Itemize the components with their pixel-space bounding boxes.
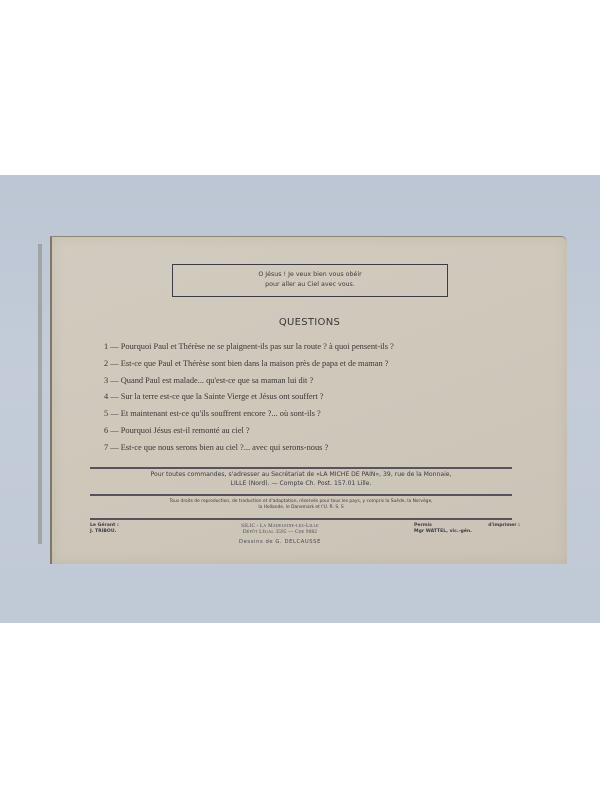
illustrations-credit: Dessins de G. DELCAUSSE <box>195 538 365 546</box>
questions-heading: QUESTIONS <box>52 317 567 328</box>
imprimatur-name: Mgr WATTEL, vic.-gén. <box>414 529 520 535</box>
question-item: 3 — Quand Paul est malade... qu'est-ce q… <box>104 373 524 390</box>
question-number: 7 — <box>104 440 119 457</box>
printer-credit: SILIC - La Madeleine-lez-Lille Dépôt Lég… <box>195 523 365 546</box>
question-list: 1 — Pourquoi Paul et Thérèse ne se plaig… <box>104 339 524 457</box>
imprimatur: Permis d'imprimer : Mgr WATTEL, vic.-gén… <box>414 523 520 536</box>
question-number: 1 — <box>104 339 119 356</box>
divider-bottom <box>90 518 512 520</box>
imprimatur-label-2: d'imprimer : <box>488 523 520 529</box>
question-text: Pourquoi Paul et Thérèse ne se plaignent… <box>121 342 394 351</box>
divider-middle <box>90 494 512 496</box>
question-text: Sur la terre est-ce que la Sainte Vierge… <box>121 392 324 401</box>
rights-line-2: la Hollande, le Danemark et l'U. R. S. S <box>90 505 512 511</box>
prayer-line-2: pour aller au Ciel avec vous. <box>173 280 447 290</box>
question-number: 5 — <box>104 406 119 423</box>
order-info-line-1: Pour toutes commandes, s'adresser au Sec… <box>90 470 512 479</box>
question-text: Pourquoi Jésus est-il remonté au ciel ? <box>121 426 250 435</box>
question-text: Est-ce que Paul et Thérèse sont bien dan… <box>121 359 389 368</box>
question-number: 3 — <box>104 373 119 390</box>
question-number: 4 — <box>104 389 119 406</box>
question-item: 1 — Pourquoi Paul et Thérèse ne se plaig… <box>104 339 524 356</box>
booklet-shadow <box>38 244 42 544</box>
question-item: 4 — Sur la terre est-ce que la Sainte Vi… <box>104 389 524 406</box>
question-item: 6 — Pourquoi Jésus est-il remonté au cie… <box>104 423 524 440</box>
question-item: 2 — Est-ce que Paul et Thérèse sont bien… <box>104 356 524 373</box>
prayer-line-1: O Jésus ! Je veux bien vous obéir <box>173 270 447 280</box>
question-number: 2 — <box>104 356 119 373</box>
manager-name: J. TRIBOU. <box>90 529 119 535</box>
question-number: 6 — <box>104 423 119 440</box>
legal-deposit: Dépôt Légal 3595 — Cde 9082 <box>195 529 365 535</box>
prayer-box: O Jésus ! Je veux bien vous obéir pour a… <box>172 264 448 297</box>
manager-credit: Le Gérant : J. TRIBOU. <box>90 523 119 536</box>
divider-top <box>90 467 512 469</box>
question-item: 5 — Et maintenant est-ce qu'ils souffren… <box>104 406 524 423</box>
question-text: Quand Paul est malade... qu'est-ce que s… <box>121 376 313 385</box>
booklet-back-cover: O Jésus ! Je veux bien vous obéir pour a… <box>50 236 567 564</box>
order-info-line-2: LILLE (Nord). — Compte Ch. Post. 157.01 … <box>90 479 512 488</box>
question-text: Et maintenant est-ce qu'ils souffrent en… <box>121 409 321 418</box>
question-text: Est-ce que nous serons bien au ciel ?...… <box>121 443 328 452</box>
rights-notice: Tous droits de reproduction, de traducti… <box>90 499 512 512</box>
question-item: 7 — Est-ce que nous serons bien au ciel … <box>104 440 524 457</box>
order-info: Pour toutes commandes, s'adresser au Sec… <box>90 470 512 488</box>
